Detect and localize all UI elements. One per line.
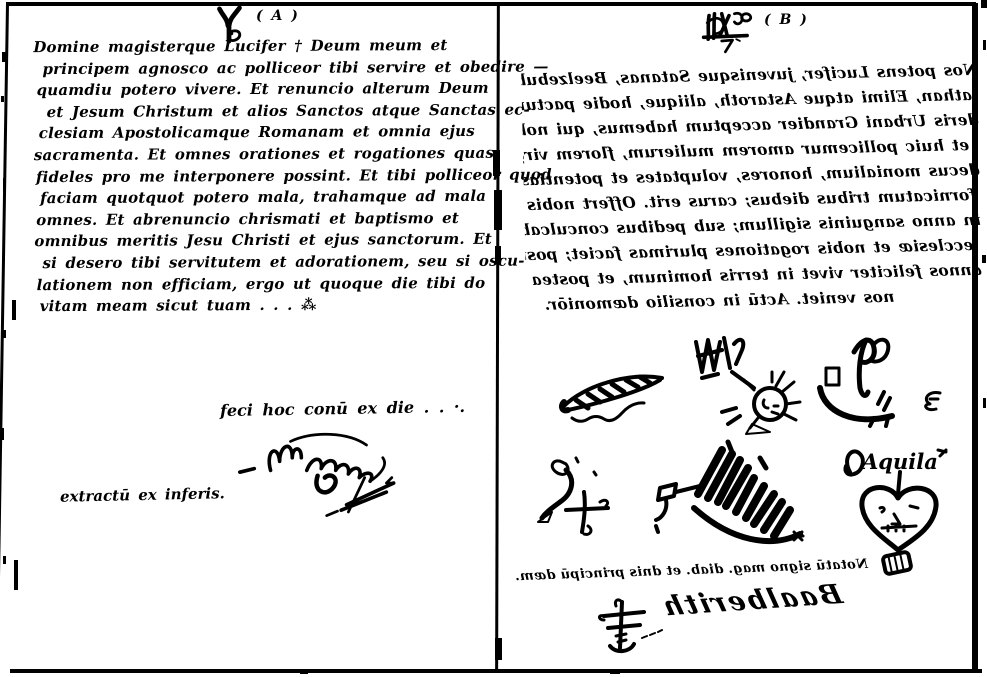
heavy-diagonal-scrawl-seal-icon <box>642 430 807 548</box>
feather-scrawl-seal-icon <box>556 366 668 424</box>
scan-noise <box>12 300 16 320</box>
scan-noise <box>982 255 986 263</box>
manuscript-line: faciam quotquot potero mala, trahamque a… <box>40 186 472 210</box>
manuscript-line: sacramenta. Et omnes orationes et rogati… <box>34 143 472 167</box>
figure-two-with-cross-seal-icon <box>536 452 618 540</box>
manuscript-line: Domine magisterque Lucifer † Deum meum e… <box>33 35 471 59</box>
manuscript-line: omnibus meritis Jesu Christi et ejus san… <box>34 229 472 253</box>
scan-noise <box>1 96 4 102</box>
closing-line: feci hoc conū ex die . . ·. <box>220 397 465 420</box>
page-a-label: ( A ) <box>256 8 300 24</box>
manuscript-line: principem agnosco ac polliceor tibi serv… <box>42 56 471 80</box>
manuscript-line: et Jesum Christum et alios Sanctos atque… <box>47 100 472 124</box>
scan-noise <box>300 671 308 674</box>
scan-noise <box>1 428 4 440</box>
seal-word-aquila: Aquila <box>860 449 938 474</box>
frame-top <box>6 2 976 6</box>
notary-line-block: Notatū signo mag. diab. et dnis principū… <box>576 557 868 582</box>
manuscript-line: fideles pro me interponere possint. Et t… <box>36 164 472 188</box>
epsilon-mark-icon <box>920 388 946 412</box>
manuscript-line: vitam meam sicut tuam . . . ⁂ <box>40 294 473 318</box>
grandier-signature-flourish <box>238 424 428 524</box>
notary-mirror-line: Notatū signo mag. diab. et dnis principū… <box>576 557 868 582</box>
mirror-text-block: Nos potens Lucifer, juvenisque Satanas, … <box>521 57 983 329</box>
manuscript-line: omnes. Et abrenuncio chrismati et baptis… <box>36 208 472 232</box>
annotation-extractum: extractū ex inferis. <box>60 484 225 505</box>
manuscript-line: clesiam Apostolicamque Romanam et omnia … <box>39 121 472 145</box>
manuscript-line: si desero tibi servitutem et adorationem… <box>42 251 472 275</box>
scan-noise <box>760 669 768 673</box>
page-a-body: Domine magisterque Lucifer † Deum meum e… <box>33 35 472 318</box>
scan-noise <box>983 40 986 50</box>
scan-noise <box>495 638 502 660</box>
scan-noise <box>3 556 6 564</box>
scan-noise <box>2 52 6 62</box>
diabolic-monogram-icon <box>700 8 758 54</box>
manuscript-line: lationem non efficiam, ergo ut quoque di… <box>37 272 473 296</box>
scan-noise <box>3 178 6 192</box>
scan-noise <box>494 190 502 230</box>
manuscript-line: quamdiu potero vivere. Et renuncio alter… <box>36 78 471 102</box>
baalberith-signature: Baalberith <box>638 579 845 623</box>
page-b-label: ( B ) <box>764 12 809 28</box>
m-flourish-with-crescent-seal-icon <box>814 330 910 432</box>
baalberith-signature-block: Baalberith <box>641 579 843 624</box>
scan-noise <box>2 330 6 338</box>
scan-noise <box>610 670 620 674</box>
manuscript-scan: ( A ) Domine magisterque Lucifer † Deum … <box>0 0 987 677</box>
scan-noise <box>983 398 986 408</box>
heart-face-with-pendant-seal-icon: Aquila <box>836 438 958 566</box>
scan-noise <box>14 560 18 590</box>
scrawl-and-sun-face-seal-icon <box>688 328 816 440</box>
scan-noise <box>981 0 987 8</box>
